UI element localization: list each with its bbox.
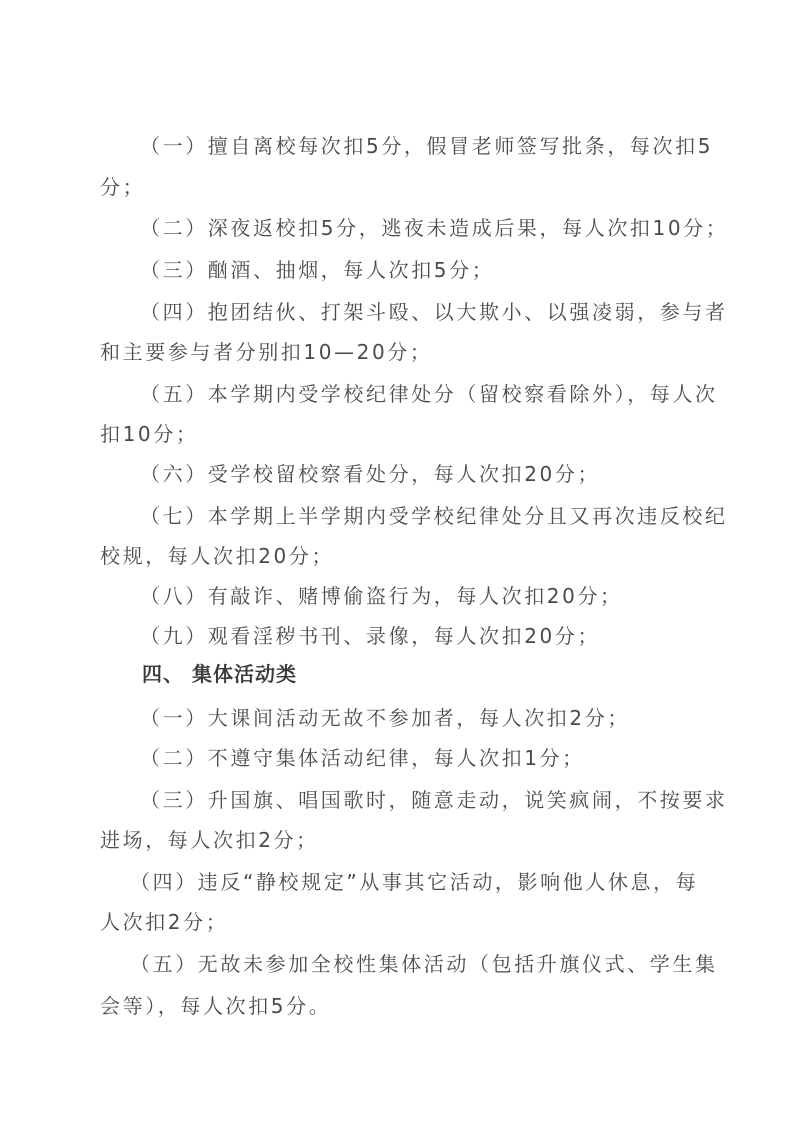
rule-1-cont: 分； xyxy=(100,175,145,199)
rule-4-cont: 和主要参与者分别扣10—20分； xyxy=(100,340,433,364)
rule-7-cont: 校规，每人次扣20分； xyxy=(100,544,334,568)
rule-8: （八）有敲诈、赌博偷盗行为，每人次扣20分； xyxy=(140,584,623,608)
activity-rule-2: （二）不遵守集体活动纪律，每人次扣1分； xyxy=(140,746,585,770)
activity-rule-5: （五）无故未参加全校性集体活动（包括升旗仪式、学生集 xyxy=(130,952,718,976)
activity-rule-3-cont: 进场，每人次扣2分； xyxy=(100,828,319,852)
rule-9: （九）观看淫秽书刊、录像，每人次扣20分； xyxy=(140,624,600,648)
rule-6: （六）受学校留校察看处分，每人次扣20分； xyxy=(140,462,600,486)
section-heading: 四、 集体活动类 xyxy=(142,662,297,686)
activity-rule-4-cont: 人次扣2分； xyxy=(100,910,228,934)
rule-4: （四）抱团结伙、打架斗殴、以大欺小、以强凌弱，参与者 xyxy=(140,300,728,324)
activity-rule-1: （一）大课间活动无故不参加者，每人次扣2分； xyxy=(140,706,630,730)
activity-rule-4: （四）违反“静校规定”从事其它活动，影响他人休息，每 xyxy=(130,870,698,894)
rule-2: （二）深夜返校扣5分，逃夜未造成后果，每人次扣10分； xyxy=(140,216,728,240)
rule-5-cont: 扣10分； xyxy=(100,422,198,446)
activity-rule-3: （三）升国旗、唱国歌时，随意走动，说笑疯闹，不按要求 xyxy=(140,788,728,812)
rule-3: （三）酗酒、抽烟，每人次扣5分； xyxy=(140,258,494,282)
activity-rule-5-cont: 会等），每人次扣5分。 xyxy=(100,994,331,1018)
rule-7: （七）本学期上半学期内受学校纪律处分且又再次违反校纪 xyxy=(140,504,728,528)
rule-1: （一）擅自离校每次扣5分，假冒老师签写批条，每次扣5 xyxy=(140,134,713,158)
document-page: （一）擅自离校每次扣5分，假冒老师签写批条，每次扣5 分； （二）深夜返校扣5分… xyxy=(0,0,792,1128)
rule-5: （五）本学期内受学校纪律处分（留校察看除外），每人次 xyxy=(140,382,718,406)
